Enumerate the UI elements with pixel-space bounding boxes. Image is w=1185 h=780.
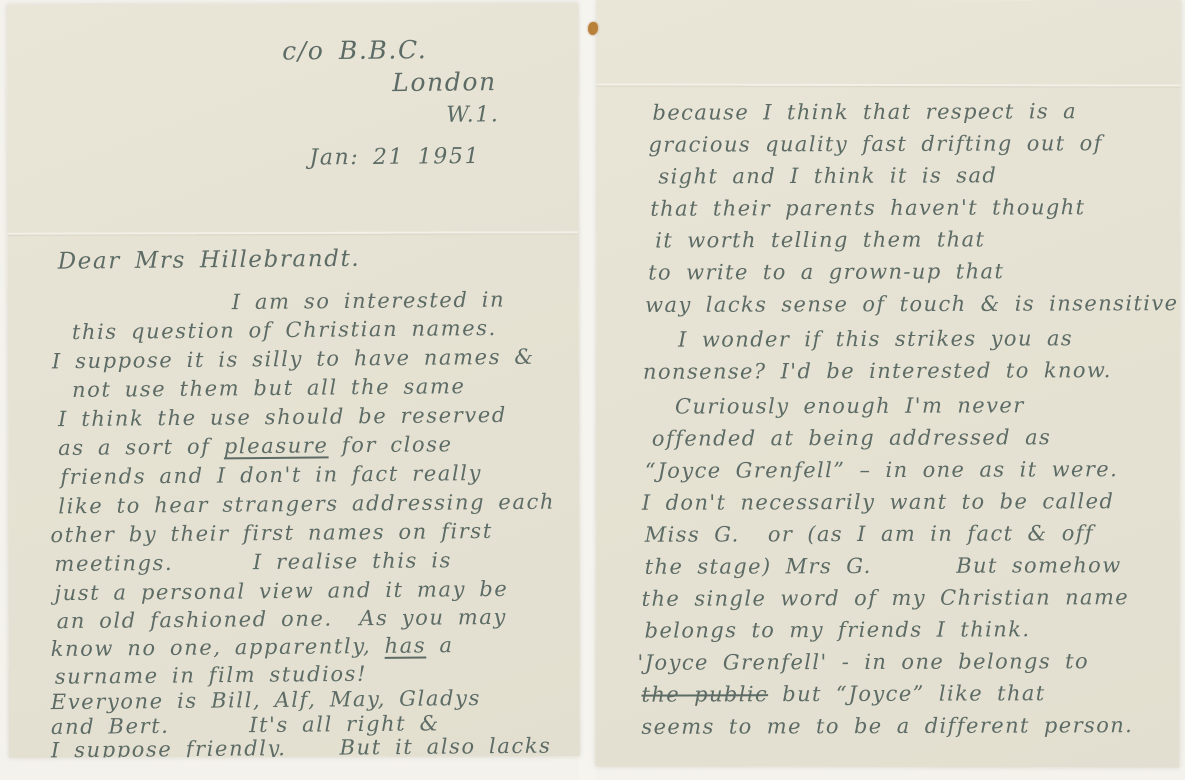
handwriting-line: because I think that respect is a — [652, 99, 1077, 124]
letter-photograph: c/o B.B.C. London W.1. Jan: 21 1951 Dear… — [0, 0, 1185, 780]
letter-page-left: c/o B.B.C. London W.1. Jan: 21 1951 Dear… — [7, 3, 580, 757]
fold-crease — [8, 231, 579, 234]
line-text: for close — [328, 432, 452, 457]
handwriting-line: Curiously enough I'm never — [675, 393, 1025, 418]
handwriting-line: I am so interested in — [232, 287, 506, 314]
address-care-of: c/o B.B.C. — [282, 35, 428, 65]
handwriting-line: other by their first names on first — [50, 519, 493, 547]
handwriting-line: 'Joyce Grenfell' - in one belongs to — [637, 649, 1089, 675]
handwriting-line: Everyone is Bill, Alf, May, Gladys — [51, 686, 481, 714]
handwriting-line: to write to a grown-up that — [648, 259, 1004, 284]
handwriting-line: seems to me to be a different person. — [641, 713, 1133, 739]
line-text: as a sort of — [58, 434, 224, 460]
handwriting-line: I suppose friendly. But it also lacks — [51, 734, 552, 758]
handwriting-line: “Joyce Grenfell” – in one as it were. — [645, 457, 1118, 483]
salutation: Dear Mrs Hillebrandt. — [58, 246, 361, 275]
handwriting-line: surname in film studios! — [55, 662, 367, 689]
struck-through-text: the public — [641, 682, 768, 706]
handwriting-line: like to hear strangers addressing each — [58, 490, 555, 519]
handwriting-line: I think the use should be reserved — [58, 403, 507, 431]
letter-page-right: because I think that respect is a gracio… — [595, 0, 1180, 768]
handwriting-line: way lacks sense of touch & is insensitiv… — [645, 291, 1181, 317]
handwriting-line: the single word of my Christian name — [642, 585, 1130, 611]
underlined-word: pleasure — [224, 433, 329, 458]
handwriting-line: I don't necessarily want to be called — [642, 489, 1115, 515]
line-text: know no one, apparently, — [51, 634, 385, 661]
handwriting-line: I suppose it is silly to have names & — [52, 345, 535, 374]
handwriting-line: that their parents haven't thought — [650, 195, 1085, 221]
handwriting-line: belongs to my friends I think. — [645, 617, 1031, 642]
handwriting-line: an old fashioned one. As you may — [57, 605, 507, 633]
handwriting-line: know no one, apparently, has a — [51, 633, 454, 661]
handwriting-line: the public but “Joyce” like that — [641, 681, 1045, 706]
fold-crease — [597, 83, 1181, 86]
page-gap — [579, 0, 596, 780]
handwriting-line: just a personal view and it may be — [54, 577, 508, 605]
handwriting-line: nonsense? I'd be interested to know. — [643, 358, 1112, 384]
address-city: London — [392, 67, 497, 97]
line-text: a — [426, 633, 454, 657]
handwriting-line: as a sort of pleasure for close — [58, 432, 453, 460]
handwriting-line: offended at being addressed as — [652, 425, 1051, 450]
handwriting-line: sight and I think it is sad — [658, 163, 997, 188]
handwriting-line: the stage) Mrs G. But somehow — [645, 553, 1122, 579]
handwriting-line: gracious quality fast drifting out of — [648, 131, 1103, 157]
handwriting-line: meetings. I realise this is — [54, 548, 452, 576]
handwriting-line: this question of Christian names. — [72, 316, 497, 344]
handwriting-line: Miss G. or (as I am in fact & off — [645, 521, 1094, 547]
handwriting-line: friends and I don't in fact really — [60, 461, 482, 489]
handwriting-line: not use them but all the same — [72, 374, 466, 402]
underlined-word: has — [384, 633, 426, 657]
letter-date: Jan: 21 1951 — [309, 144, 480, 171]
line-text: but “Joyce” like that — [768, 681, 1046, 706]
handwriting-line: I wonder if this strikes you as — [678, 326, 1073, 351]
handwriting-line: it worth telling them that — [655, 227, 985, 252]
address-district: W.1. — [446, 102, 499, 128]
